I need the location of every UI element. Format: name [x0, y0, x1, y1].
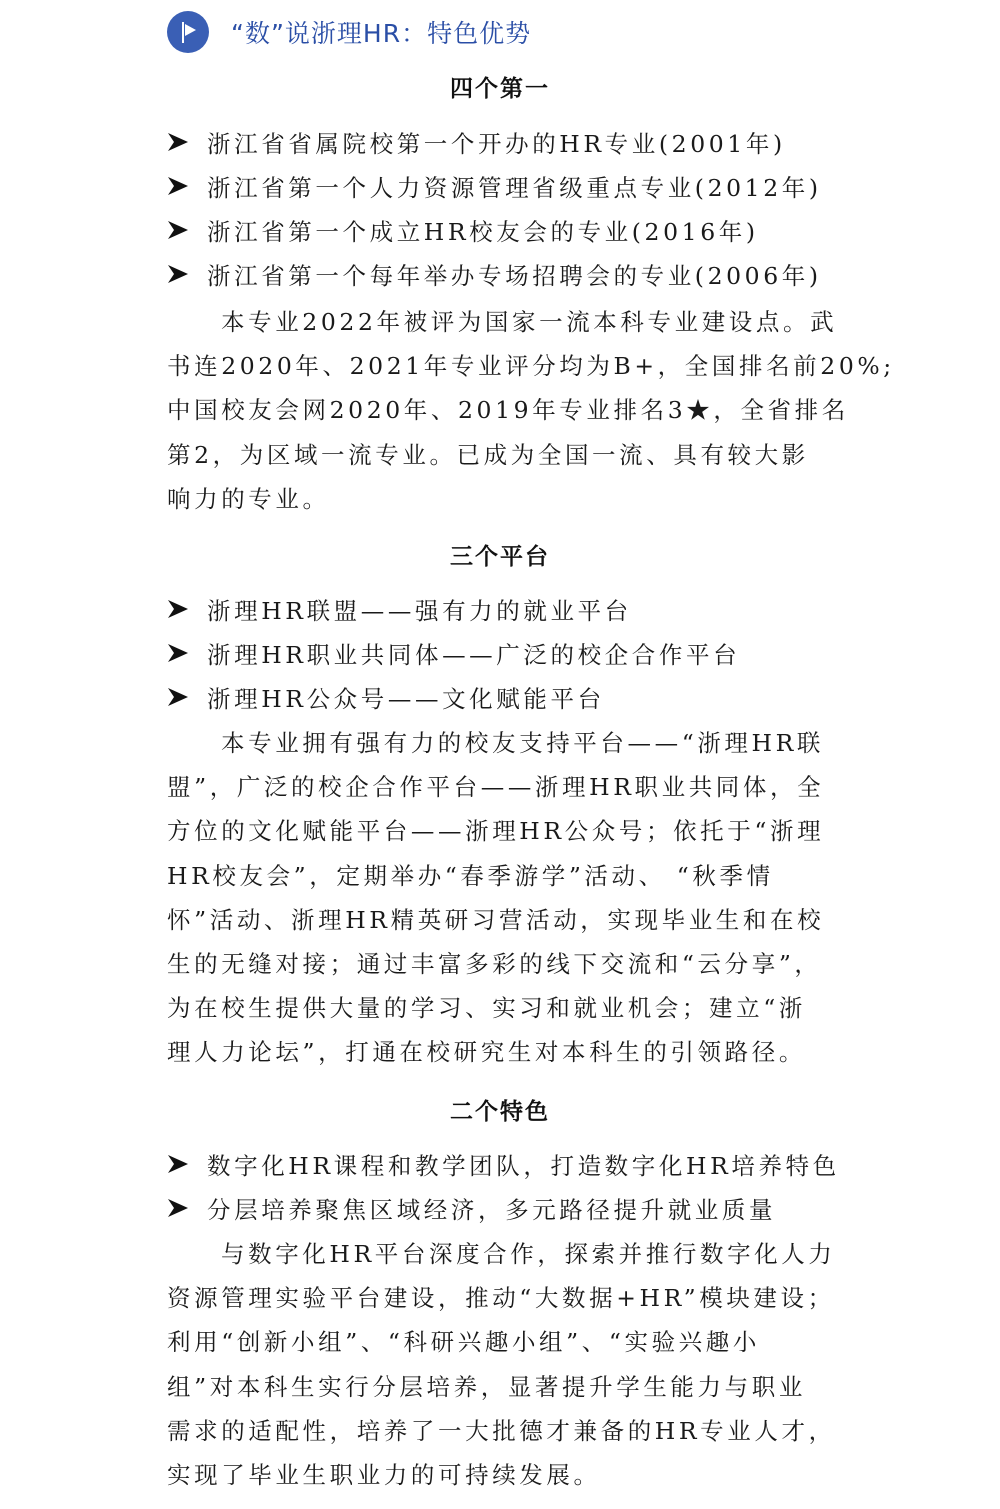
paragraph-line: 本专业拥有强有力的校友支持平台——“浙理HR联: [167, 721, 833, 765]
list-item-text: 浙理HR联盟——强有力的就业平台: [207, 592, 632, 626]
list-item: 浙理HR职业共同体——广泛的校企合作平台: [167, 635, 740, 671]
paragraph-line: 实现了毕业生职业力的可持续发展。: [167, 1453, 833, 1497]
paragraph-line: 资源管理实验平台建设，推动“大数据+HR”模块建设；: [167, 1276, 833, 1320]
list-item-text: 分层培养聚焦区域经济，多元路径提升就业质量: [207, 1191, 776, 1225]
paragraph-line: 第2，为区域一流专业。已成为全国一流、具有较大影: [167, 433, 833, 477]
arrowhead-bullet-icon: [167, 1197, 189, 1219]
paragraph-line: 与数字化HR平台深度合作，探索并推行数字化人力: [167, 1232, 833, 1276]
list-item: 浙江省第一个成立HR校友会的专业(2016年): [167, 212, 759, 248]
paragraph-line: 为在校生提供大量的学习、实习和就业机会；建立“浙: [167, 986, 833, 1030]
page-header: “数”说浙理HR：特色优势: [167, 10, 531, 54]
section-paragraph-four-firsts: 本专业2022年被评为国家一流本科专业建设点。武 书连2020年、2021年专业…: [167, 300, 833, 521]
list-item-text: 数字化HR课程和教学团队，打造数字化HR培养特色: [207, 1147, 840, 1181]
paragraph-line: 利用“创新小组”、“科研兴趣小组”、“实验兴趣小: [167, 1320, 833, 1364]
list-item: 分层培养聚焦区域经济，多元路径提升就业质量: [167, 1190, 776, 1226]
play-flag-icon: [167, 11, 209, 53]
paragraph-line: 方位的文化赋能平台——浙理HR公众号；依托于“浙理: [167, 809, 833, 853]
paragraph-line: HR校友会”，定期举办“春季游学”活动、 “秋季情: [167, 854, 833, 898]
list-item-text: 浙江省第一个成立HR校友会的专业(2016年): [207, 213, 759, 247]
arrowhead-bullet-icon: [167, 1153, 189, 1175]
list-item: 浙江省省属院校第一个开办的HR专业(2001年): [167, 124, 786, 160]
list-item: 浙理HR联盟——强有力的就业平台: [167, 591, 632, 627]
list-item: 浙江省第一个人力资源管理省级重点专业(2012年): [167, 168, 822, 204]
list-item-text: 浙江省第一个每年举办专场招聘会的专业(2006年): [207, 257, 822, 291]
page-title: “数”说浙理HR：特色优势: [231, 14, 531, 50]
arrowhead-bullet-icon: [167, 263, 189, 285]
list-item-text: 浙江省第一个人力资源管理省级重点专业(2012年): [207, 169, 822, 203]
list-item-text: 浙理HR公众号——文化赋能平台: [207, 680, 605, 714]
arrowhead-bullet-icon: [167, 686, 189, 708]
paragraph-line: 中国校友会网2020年、2019年专业排名3★，全省排名: [167, 388, 833, 432]
arrowhead-bullet-icon: [167, 219, 189, 241]
paragraph-line: 盟”，广泛的校企合作平台——浙理HR职业共同体，全: [167, 765, 833, 809]
paragraph-line: 生的无缝对接；通过丰富多彩的线下交流和“云分享”，: [167, 942, 833, 986]
list-item-text: 浙江省省属院校第一个开办的HR专业(2001年): [207, 125, 786, 159]
paragraph-line: 怀”活动、浙理HR精英研习营活动，实现毕业生和在校: [167, 898, 833, 942]
list-item-text: 浙理HR职业共同体——广泛的校企合作平台: [207, 636, 740, 670]
paragraph-line: 书连2020年、2021年专业评分均为B+，全国排名前20%;: [167, 344, 833, 388]
arrowhead-bullet-icon: [167, 131, 189, 153]
paragraph-line: 本专业2022年被评为国家一流本科专业建设点。武: [167, 300, 833, 344]
paragraph-line: 需求的适配性，培养了一大批德才兼备的HR专业人才，: [167, 1409, 833, 1453]
arrowhead-bullet-icon: [167, 642, 189, 664]
list-item: 浙江省第一个每年举办专场招聘会的专业(2006年): [167, 256, 822, 292]
paragraph-line: 组”对本科生实行分层培养，显著提升学生能力与职业: [167, 1365, 833, 1409]
paragraph-line: 理人力论坛”，打通在校研究生对本科生的引领路径。: [167, 1030, 833, 1074]
list-item: 数字化HR课程和教学团队，打造数字化HR培养特色: [167, 1146, 840, 1182]
section-title-two-features: 二个特色: [167, 1093, 833, 1126]
arrowhead-bullet-icon: [167, 175, 189, 197]
arrowhead-bullet-icon: [167, 598, 189, 620]
paragraph-line: 响力的专业。: [167, 477, 833, 521]
section-paragraph-three-platforms: 本专业拥有强有力的校友支持平台——“浙理HR联 盟”，广泛的校企合作平台——浙理…: [167, 721, 833, 1075]
section-paragraph-two-features: 与数字化HR平台深度合作，探索并推行数字化人力 资源管理实验平台建设，推动“大数…: [167, 1232, 833, 1497]
list-item: 浙理HR公众号——文化赋能平台: [167, 679, 605, 715]
section-title-four-firsts: 四个第一: [167, 70, 833, 103]
section-title-three-platforms: 三个平台: [167, 538, 833, 571]
